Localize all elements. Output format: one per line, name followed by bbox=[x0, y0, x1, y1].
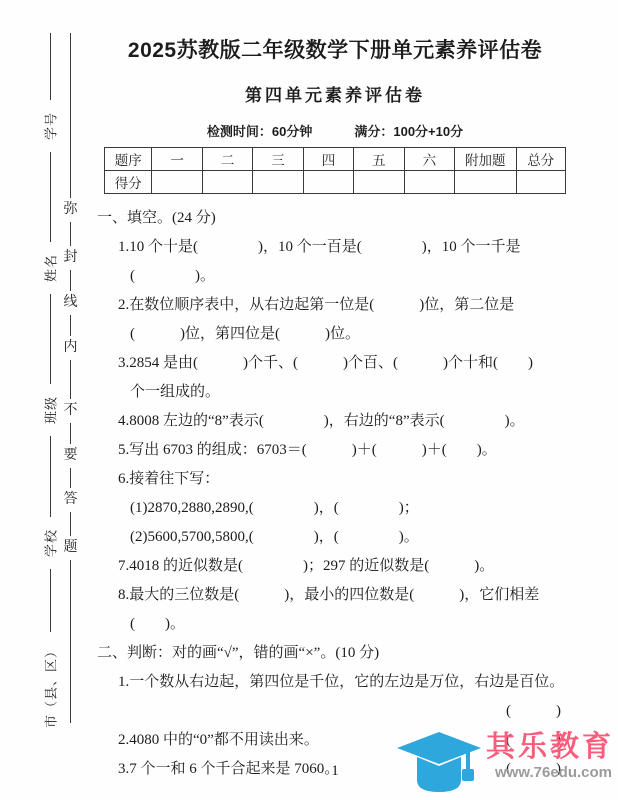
question-2: 2.在数位顺序表中，从右边起第一位是( )位，第二位是 ( )位，第四位是( )… bbox=[97, 291, 573, 349]
score-cell bbox=[253, 171, 303, 194]
exam-full-score: 满分：100分+10分 bbox=[354, 121, 463, 140]
col-header: 总分 bbox=[516, 148, 565, 171]
score-cell bbox=[516, 171, 565, 194]
seal-char: 不 bbox=[61, 399, 80, 423]
question-line: (2)5600,5700,5800,( )，( )。 bbox=[130, 523, 573, 552]
score-cell bbox=[152, 171, 202, 194]
score-table-corner: 题序 bbox=[105, 148, 152, 171]
score-table: 题序 一 二 三 四 五 六 附加题 总分 得分 bbox=[104, 147, 566, 194]
question-line: ( )。 bbox=[130, 610, 573, 639]
col-header: 五 bbox=[354, 148, 404, 171]
question-line: (1)2870,2880,2890,( )，( )； bbox=[130, 494, 573, 523]
field-label: 学号 bbox=[41, 100, 60, 152]
col-header: 六 bbox=[404, 148, 454, 171]
answer-bracket: ( ) bbox=[118, 697, 573, 726]
paper-title: 2025苏教版二年级数学下册单元素养评估卷 bbox=[97, 34, 573, 64]
judge-question-1: 1.一个数从右边起，第四位是千位，它的左边是万位，右边是百位。 ( ) bbox=[97, 668, 573, 726]
brand-website: www.76edu.com bbox=[495, 764, 612, 781]
graduation-cap-icon bbox=[396, 731, 482, 797]
exam-time: 检测时间：60分钟 bbox=[207, 121, 312, 140]
col-header: 四 bbox=[303, 148, 353, 171]
question-line: 7.4018 的近似数是( )；297 的近似数是( )。 bbox=[118, 552, 573, 581]
question-line: 2.在数位顺序表中，从右边起第一位是( )位，第二位是 bbox=[118, 291, 573, 320]
seal-char: 封 bbox=[61, 246, 80, 270]
question-line: 5.写出 6703 的组成：6703＝( )＋( )＋( )。 bbox=[118, 436, 573, 465]
question-line: 3.2854 是由( )个千、( )个百、( )个十和( ) bbox=[118, 349, 573, 378]
seal-char: 要 bbox=[61, 444, 80, 468]
seal-char: 答 bbox=[61, 488, 80, 512]
section-heading: 二、判断：对的画“√”，错的画“×”。(10 分) bbox=[97, 639, 573, 668]
section-fill-blanks: 一、填空。(24 分) 1.10 个十是( )，10 个一百是( )，10 个一… bbox=[97, 204, 573, 639]
seal-line bbox=[70, 33, 71, 723]
question-5: 5.写出 6703 的组成：6703＝( )＋( )＋( )。 bbox=[97, 436, 573, 465]
question-line: 6.接着往下写： bbox=[118, 465, 573, 494]
question-line: 1.10 个十是( )，10 个一百是( )，10 个一千是 bbox=[118, 233, 573, 262]
question-line: ( )。 bbox=[130, 262, 573, 291]
question-6: 6.接着往下写： (1)2870,2880,2890,( )，( )； (2)5… bbox=[97, 465, 573, 552]
section-heading: 一、填空。(24 分) bbox=[97, 204, 573, 233]
question-3: 3.2854 是由( )个千、( )个百、( )个十和( ) 个一组成的。 bbox=[97, 349, 573, 407]
score-cell bbox=[404, 171, 454, 194]
question-line: 个一组成的。 bbox=[130, 378, 573, 407]
score-table-score-row: 得分 bbox=[105, 171, 566, 194]
question-line: 1.一个数从右边起，第四位是千位，它的左边是万位，右边是百位。 bbox=[118, 668, 573, 697]
question-line: ( )位，第四位是( )位。 bbox=[130, 320, 573, 349]
score-cell bbox=[303, 171, 353, 194]
field-label: 市（县、区） bbox=[41, 632, 60, 740]
unit-subtitle: 第四单元素养评估卷 bbox=[97, 81, 573, 106]
question-4: 4.8008 左边的“8”表示( )，右边的“8”表示( )。 bbox=[97, 407, 573, 436]
field-label: 姓名 bbox=[41, 242, 60, 294]
question-1: 1.10 个十是( )，10 个一百是( )，10 个一千是 ( )。 bbox=[97, 233, 573, 291]
score-cell bbox=[455, 171, 517, 194]
question-7: 7.4018 的近似数是( )；297 的近似数是( )。 bbox=[97, 552, 573, 581]
col-header: 三 bbox=[253, 148, 303, 171]
field-label: 学校 bbox=[41, 517, 60, 569]
exam-meta: 检测时间：60分钟 满分：100分+10分 bbox=[97, 121, 573, 140]
main-content: 2025苏教版二年级数学下册单元素养评估卷 第四单元素养评估卷 检测时间：60分… bbox=[97, 0, 573, 784]
brand-name: 其乐教育 bbox=[486, 731, 614, 763]
col-header: 二 bbox=[202, 148, 252, 171]
score-table-header-row: 题序 一 二 三 四 五 六 附加题 总分 bbox=[105, 148, 566, 171]
seal-char: 线 bbox=[61, 291, 80, 315]
seal-char: 题 bbox=[61, 536, 80, 560]
col-header: 一 bbox=[152, 148, 202, 171]
question-8: 8.最大的三位数是( )，最小的四位数是( )，它们相差 ( )。 bbox=[97, 581, 573, 639]
field-label: 班级 bbox=[41, 384, 60, 436]
score-row-label: 得分 bbox=[105, 171, 152, 194]
question-line: 4.8008 左边的“8”表示( )，右边的“8”表示( )。 bbox=[118, 407, 573, 436]
seal-char: 弥 bbox=[61, 198, 80, 222]
exam-paper-page: 学号 姓名 班级 学校 市（县、区） 弥 封 线 内 不 要 答 题 2025苏… bbox=[0, 0, 618, 800]
question-line: 2.4080 中的“0”都不用读出来。 bbox=[118, 726, 319, 755]
score-cell bbox=[354, 171, 404, 194]
question-line: 8.最大的三位数是( )，最小的四位数是( )，它们相差 bbox=[118, 581, 573, 610]
seal-char: 内 bbox=[61, 336, 80, 360]
logo-text: 其乐教育 www.76edu.com bbox=[486, 731, 614, 781]
publisher-logo: 其乐教育 www.76edu.com bbox=[396, 731, 614, 797]
col-header: 附加题 bbox=[455, 148, 517, 171]
score-cell bbox=[202, 171, 252, 194]
